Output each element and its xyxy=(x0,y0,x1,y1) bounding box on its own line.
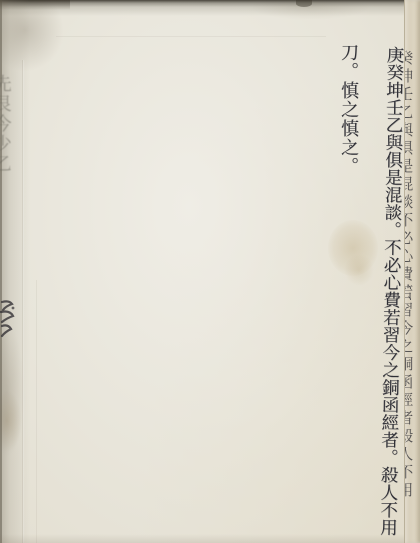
paper-crease xyxy=(56,36,326,37)
manuscript-page: 癸坤壬乙與俱是混談不必心費若習今之銅函經者殺人不用 先艮今少乙 庚癸坤壬乙與俱是… xyxy=(0,0,420,543)
emphasis-dot: 、 xyxy=(399,82,408,95)
emphasis-dot: 、 xyxy=(399,58,408,71)
transposition-correction-mark: ヽヽ xyxy=(400,282,415,304)
bleedthrough-text: 先艮今少乙 xyxy=(0,74,11,174)
water-stain xyxy=(344,254,374,286)
reading-circle-mark: 。 xyxy=(349,135,359,150)
page-edge-notch xyxy=(296,0,312,7)
calligraphy-column-2: 刀。慎之慎之。 xyxy=(337,43,358,176)
underlying-page-partial-text: 癸坤壬乙與俱是混談不必心費若習今之銅函經者殺人不用 xyxy=(404,50,413,500)
paper-crease xyxy=(36,280,37,543)
page-bottom-edge-shadow xyxy=(0,534,420,543)
emphasis-dot: 、 xyxy=(399,104,408,117)
ink-smudge-mark xyxy=(0,296,20,340)
